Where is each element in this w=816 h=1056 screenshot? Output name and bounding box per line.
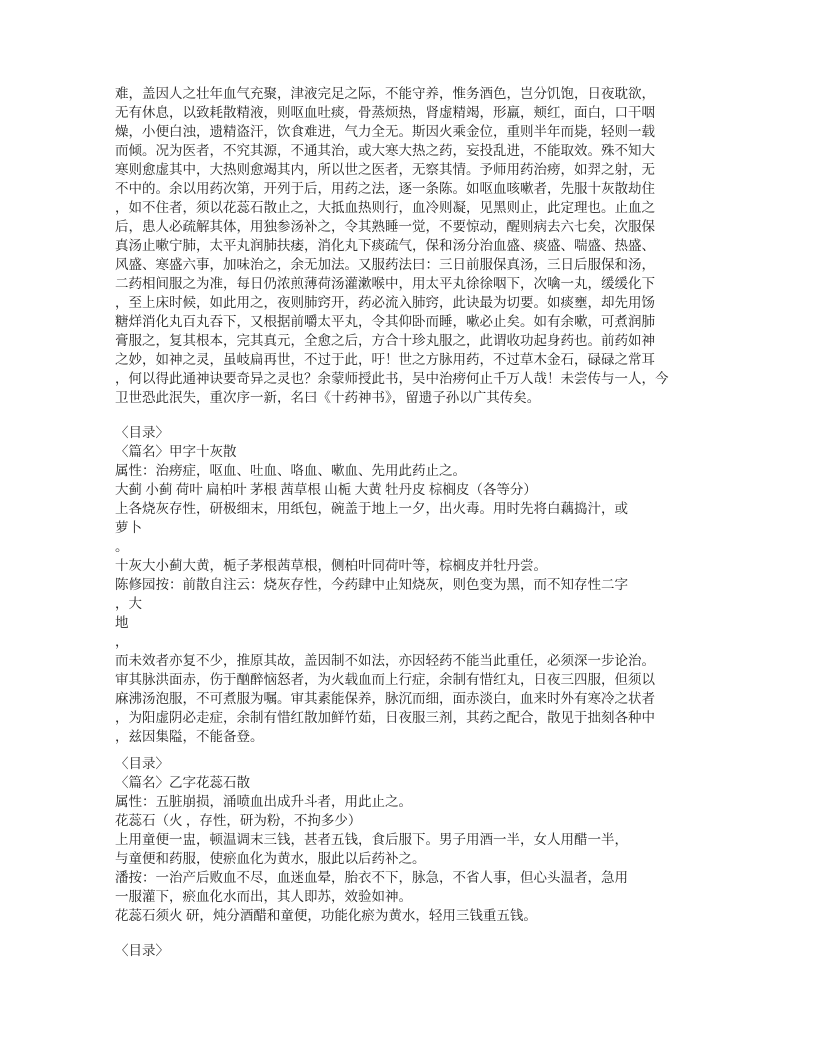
text-line: 上各烧灰存性，研极细末，用纸包，碗盖于地上一夕，出火毒。用时先将白藕捣汁，或 <box>115 499 705 518</box>
section-yi-zi-hua-rui-shi-san: 〈目录〉〈篇名〉乙字花蕊石散属性：五脏崩损，涌喷血出成升斗者，用此止之。花蕊石（… <box>115 754 705 925</box>
text-line: 无有休息，以致耗散精液，则呕血吐痰，骨蒸烦热，肾虚精竭，形羸，颊红，面白，口干咽 <box>115 103 705 122</box>
text-line: 潘按：一治产后败血不尽，血迷血晕，胎衣不下，脉急，不省人事，但心头温者，急用 <box>115 868 705 887</box>
text-line: 真汤止嗽宁肺，太平丸润肺扶痿，消化丸下痰疏气，保和汤分治血盛、痰盛、喘盛、热盛、 <box>115 236 705 255</box>
text-line: 而未效者亦复不少，推原其故，盖因制不如法，亦因轻药不能当此重任，必须深一步论治。 <box>115 651 705 670</box>
text-line: 难，盖因人之壮年血气充聚，津液完足之际，不能守养，惟务酒色，岂分饥饱，日夜耽欲， <box>115 84 705 103</box>
text-line: ，大 <box>115 594 705 613</box>
text-line: 糖烊消化丸百丸吞下，又根据前嚼太平丸，令其仰卧而睡，嗽必止矣。如有余嗽，可煮润肺 <box>115 312 705 331</box>
text-line: 属性：治痨症，呕血、吐血、咯血、嗽血、先用此药止之。 <box>115 461 705 480</box>
text-line: ，为阳虚阴必走症，余制有惜红散加鲜竹茹，日夜服三剂，其药之配合，散见于拙刻各种中 <box>115 708 705 727</box>
text-line: ，至上床时候，如此用之，夜则肺窍开，药必流入肺窍，此诀最为切要。如痰壅，却先用饧 <box>115 293 705 312</box>
text-line: ， <box>115 632 705 651</box>
text-line: 属性：五脏崩损，涌喷血出成升斗者，用此止之。 <box>115 792 705 811</box>
text-line: 二药相间服之为准，每日仍浓煎薄荷汤灌漱喉中，用太平丸徐徐咽下，次噙一丸，缓缓化下 <box>115 274 705 293</box>
text-line: 〈目录〉 <box>115 754 705 773</box>
text-line: ，如不住者，须以花蕊石散止之，大抵血热则行，血冷则凝，见黑则止，此定理也。止血之 <box>115 198 705 217</box>
text-line: 而倾。况为医者，不究其源，不通其治，或大寒大热之药，妄投乱进，不能取效。殊不知大 <box>115 141 705 160</box>
text-line: 花蕊石须火 研，炖分酒醋和童便，功能化瘀为黄水，轻用三钱重五钱。 <box>115 906 705 925</box>
section-preface-continuation: 难，盖因人之壮年血气充聚，津液完足之际，不能守养，惟务酒色，岂分饥饱，日夜耽欲，… <box>115 84 705 407</box>
text-line: 与童便和药服，使瘀血化为黄水，服此以后药补之。 <box>115 849 705 868</box>
text-line: 后，患人必疏解其体，用独参汤补之，令其熟睡一觉，不要惊动，醒则病去六七矣，次服保 <box>115 217 705 236</box>
text-line: 风盛、寒盛六事，加味治之，余无加法。又服药法曰：三日前服保真汤，三日后服保和汤， <box>115 255 705 274</box>
text-line: 陈修园按：前散自注云：烧灰存性，今药肆中止知烧灰，则色变为黑，而不知存性二字 <box>115 575 705 594</box>
text-line: 。 <box>115 537 705 556</box>
section-trailing-toc: 〈目录〉 <box>115 941 705 960</box>
document-body: 难，盖因人之壮年血气充聚，津液完足之际，不能守养，惟务酒色，岂分饥饱，日夜耽欲，… <box>115 84 705 974</box>
text-line: ，兹因集隘，不能备登。 <box>115 727 705 746</box>
text-line: 地 <box>115 613 705 632</box>
text-line: 花蕊石（火 ，存性，研为粉，不拘多少） <box>115 811 705 830</box>
text-line: 〈篇名〉乙字花蕊石散 <box>115 773 705 792</box>
section-jia-zi-shi-hui-san: 〈目录〉〈篇名〉甲字十灰散属性：治痨症，呕血、吐血、咯血、嗽血、先用此药止之。大… <box>115 423 705 746</box>
text-line: 〈目录〉 <box>115 941 705 960</box>
text-line: 上用童便一盅，顿温调末三钱，甚者五钱，食后服下。男子用酒一半，女人用醋一半， <box>115 830 705 849</box>
text-line: 大蓟 小蓟 荷叶 扁柏叶 茅根 茜草根 山栀 大黄 牡丹皮 棕榈皮（各等分） <box>115 480 705 499</box>
document-page: 难，盖因人之壮年血气充聚，津液完足之际，不能守养，惟务酒色，岂分饥饱，日夜耽欲，… <box>0 0 816 1056</box>
text-line: 〈篇名〉甲字十灰散 <box>115 442 705 461</box>
text-line: 一服灌下，瘀血化水而出，其人即苏，效验如神。 <box>115 887 705 906</box>
text-line: 〈目录〉 <box>115 423 705 442</box>
text-line: 不中的。余以用药次第，开列于后，用药之法，逐一条陈。如呕血咳嗽者，先服十灰散劫住 <box>115 179 705 198</box>
text-line: 萝卜 <box>115 518 705 537</box>
text-line: 之妙，如神之灵，虽岐扁再世，不过于此，吁！世之方脉用药，不过草木金石，碌碌之常耳 <box>115 350 705 369</box>
text-line: 麻沸汤泡服，不可煮服为嘱。审其素能保养，脉沉而细，面赤淡白，血来时外有寒冷之状者 <box>115 689 705 708</box>
text-line: 十灰大小蓟大黄，栀子茅根茜草根，侧柏叶同荷叶等，棕榈皮并牡丹尝。 <box>115 556 705 575</box>
text-line: 卫世恐此泯失，重次序一新，名曰《十药神书》，留遗子孙以广其传矣。 <box>115 388 705 407</box>
text-line: ，何以得此通神诀要奇异之灵也？余蒙师授此书，吴中治痨何止千万人哉！未尝传与一人，… <box>115 369 705 388</box>
text-line: 寒则愈虚其中，大热则愈竭其内，所以世之医者，无察其情。予师用药治痨，如羿之射，无 <box>115 160 705 179</box>
text-line: 膏服之，复其根本，完其真元，全愈之后，方合十珍丸服之，此谓收功起身药也。前药如神 <box>115 331 705 350</box>
text-line: 燥，小便白浊，遗精盗汗，饮食难进，气力全无。斯因火乘金位，重则半年而毙，轻则一载 <box>115 122 705 141</box>
text-line: 审其脉洪面赤，伤于酗醉恼怒者，为火载血而上行症，余制有惜红丸，日夜三四服，但须以 <box>115 670 705 689</box>
